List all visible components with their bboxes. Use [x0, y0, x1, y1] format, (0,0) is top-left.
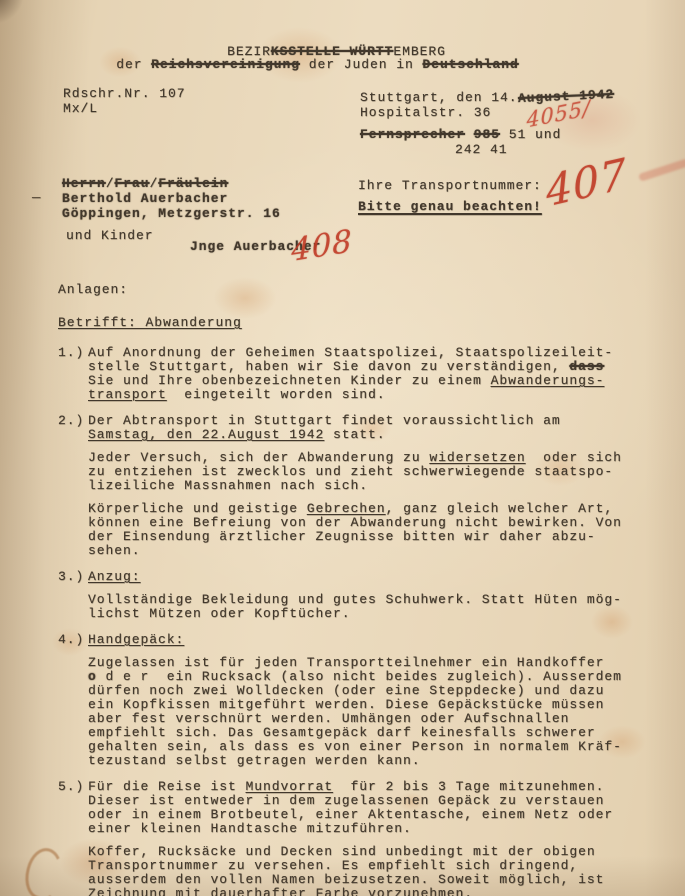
text-line: empfiehlt sich. Das Gesamtgepäck darf ke… — [88, 726, 670, 740]
text-line: Zeichnung mit dauerhafter Farbe vorzuneh… — [88, 887, 670, 896]
red-pencil-smudge — [638, 158, 685, 182]
paragraph: Jeder Versuch, sich der Abwanderung zu w… — [88, 451, 670, 493]
letterhead-line2: der Reichsvereinigung der Juden in Deuts… — [0, 57, 685, 72]
recipient-salutation: Herrn/Frau/Fräulein — [62, 176, 281, 191]
transport-number-label: Ihre Transportnummer: — [358, 178, 542, 194]
text-line: o d e r ein Rucksack (also nicht beides … — [88, 670, 670, 684]
text-line: ausserdem den vollen Namen beizusetzen. … — [88, 873, 670, 887]
section-number: 3.) — [58, 570, 88, 621]
section-number: 1.) — [58, 346, 88, 402]
section-content: Für die Reise ist Mundvorrat für 2 bis 3… — [88, 780, 670, 896]
styled-text: Frau — [115, 176, 150, 191]
text-line: sehen. — [88, 544, 670, 558]
section-content: Handgepäck:Zugelassen ist für jeden Tran… — [88, 633, 670, 768]
letterhead-suborg: der Reichsvereinigung der Juden in Deuts… — [116, 58, 519, 72]
styled-text: o — [88, 669, 97, 684]
sections: 1.)Auf Anordnung der Geheimen Staatspoli… — [58, 346, 670, 896]
text-line: Vollständige Bekleidung und gutes Schuhw… — [88, 593, 670, 607]
paragraph: Der Abtransport in Stuttgart findet vora… — [88, 414, 670, 442]
phone-line: Fernsprecher 985 51 und — [360, 127, 614, 142]
text-line: Transportnummer zu versehen. Es empfiehl… — [88, 859, 670, 873]
text-line: Koffer, Rucksäcke und Decken sind unbedi… — [88, 845, 670, 859]
transport-number-block: Ihre Transportnummer: Bitte genau beacht… — [358, 178, 542, 215]
text-line: Anzug: — [88, 570, 670, 584]
text-line: aber fest verschnürt werden. Umhängen od… — [88, 712, 670, 726]
styled-text: Handgepäck: — [88, 632, 184, 647]
text-line: dürfen noch zwei Wolldecken (oder eine S… — [88, 684, 670, 698]
styled-text: dass — [569, 359, 604, 374]
text-line: Für die Reise ist Mundvorrat für 2 bis 3… — [88, 780, 670, 794]
styled-text: Reichsvereinigung — [151, 57, 300, 72]
anlagen-label: Anlagen: — [58, 283, 670, 297]
text-line: stelle Stuttgart, haben wir Sie davon zu… — [88, 360, 670, 374]
styled-text: Herrn — [62, 176, 106, 191]
styled-text: Anzug: — [88, 569, 141, 584]
text-line: können eine Befreiung von der Abwanderun… — [88, 516, 670, 530]
text-line: lichst Mützen oder Kopftücher. — [88, 607, 670, 621]
text-line: zu entziehen ist zwecklos und zieht schw… — [88, 465, 670, 479]
styled-text: Fernsprecher — [360, 127, 465, 142]
recipient-name: Berthold Auerbacher — [62, 191, 281, 206]
document-page: BEZIRKSSTELLE WÜRTTEMBERG der Reichsvere… — [0, 0, 685, 896]
paragraph: Handgepäck: — [88, 633, 670, 647]
text-line: Handgepäck: — [88, 633, 670, 647]
letter-body: Anlagen: Betrifft: Abwanderung 1.)Auf An… — [58, 283, 670, 896]
text-line: Der Abtransport in Stuttgart findet vora… — [88, 414, 670, 428]
styled-text: Gebrechen — [307, 501, 386, 516]
paragraph: Koffer, Rucksäcke und Decken sind unbedi… — [88, 845, 670, 896]
paragraph: Für die Reise ist Mundvorrat für 2 bis 3… — [88, 780, 670, 836]
styled-text: Abwanderungs- — [491, 373, 605, 388]
text-line: der Einsendung ärztlicher Zeugnisse bitt… — [88, 530, 670, 544]
pen-mark-dash: — — [32, 190, 41, 206]
recipient-address: Göppingen, Metzgerstr. 16 — [62, 206, 281, 221]
paragraph: Vollständige Bekleidung und gutes Schuhw… — [88, 593, 670, 621]
styled-text: Samstag, den 22.August 1942 — [88, 427, 324, 442]
subject-line: Betrifft: Abwanderung — [58, 316, 670, 330]
section: 3.)Anzug:Vollständige Bekleidung und gut… — [58, 570, 670, 621]
section-content: Der Abtransport in Stuttgart findet vora… — [88, 414, 670, 558]
phone-line-2: 242 41 — [360, 142, 614, 157]
styled-text: Betrifft: Abwanderung — [58, 315, 242, 330]
text-line: Körperliche und geistige Gebrechen, ganz… — [88, 502, 670, 516]
section: 4.)Handgepäck:Zugelassen ist für jeden T… — [58, 633, 670, 768]
section-number: 4.) — [58, 633, 88, 768]
section-content: Anzug:Vollständige Bekleidung und gutes … — [88, 570, 670, 621]
typist-initials: Mx/L — [63, 101, 186, 116]
text-line: tezustand selbst getragen werden kann. — [88, 754, 670, 768]
text-line: oder in einem Brotbeutel, einer Aktentas… — [88, 808, 670, 822]
paragraph: Zugelassen ist für jeden Transportteilne… — [88, 656, 670, 768]
handwritten-transport-number: 407 — [544, 149, 629, 217]
text-line: Zugelassen ist für jeden Transportteilne… — [88, 656, 670, 670]
paragraph: Auf Anordnung der Geheimen Staatspolizei… — [88, 346, 670, 402]
section: 2.)Der Abtransport in Stuttgart findet v… — [58, 414, 670, 558]
transport-notice: Bitte genau beachten! — [358, 199, 542, 215]
text-line: Jeder Versuch, sich der Abwanderung zu w… — [88, 451, 670, 465]
handwritten-child-number: 408 — [291, 223, 353, 269]
styled-text: 985 — [474, 127, 500, 142]
recipient-block: Herrn/Frau/Fräulein Berthold Auerbacher … — [62, 176, 281, 221]
circular-number: Rdschr.Nr. 107 — [63, 86, 186, 101]
text-line: einer kleinen Handtasche mitzuführen. — [88, 822, 670, 836]
section-content: Auf Anordnung der Geheimen Staatspolizei… — [88, 346, 670, 402]
styled-text: Fräulein — [158, 176, 228, 191]
section-number: 5.) — [58, 780, 88, 896]
text-line: ein Kopfkissen mitgeführt werden. Diese … — [88, 698, 670, 712]
styled-text: Mundvorrat — [246, 779, 334, 794]
text-line: lizeiliche Massnahmen nach sich. — [88, 479, 670, 493]
text-line: Sie und Ihre obenbezeichneten Kinder zu … — [88, 374, 670, 388]
text-line: Auf Anordnung der Geheimen Staatspolizei… — [88, 346, 670, 360]
text-line: Samstag, den 22.August 1942 statt. — [88, 428, 670, 442]
paragraph: Körperliche und geistige Gebrechen, ganz… — [88, 502, 670, 558]
text-line: Dieser ist entweder in dem zugelassenen … — [88, 794, 670, 808]
section: 1.)Auf Anordnung der Geheimen Staatspoli… — [58, 346, 670, 402]
children-label: und Kinder — [66, 229, 154, 243]
text-line: gehalten sein, als dass es von einer Per… — [88, 740, 670, 754]
styled-text: widersetzen — [429, 450, 525, 465]
reference-block: Rdschr.Nr. 107 Mx/L — [63, 86, 186, 116]
paragraph: Anzug: — [88, 570, 670, 584]
section: 5.)Für die Reise ist Mundvorrat für 2 bi… — [58, 780, 670, 896]
section-number: 2.) — [58, 414, 88, 558]
text-line: transport eingeteilt worden sind. — [88, 388, 670, 402]
styled-text: Deutschland — [423, 57, 519, 72]
styled-text: transport — [88, 387, 167, 402]
